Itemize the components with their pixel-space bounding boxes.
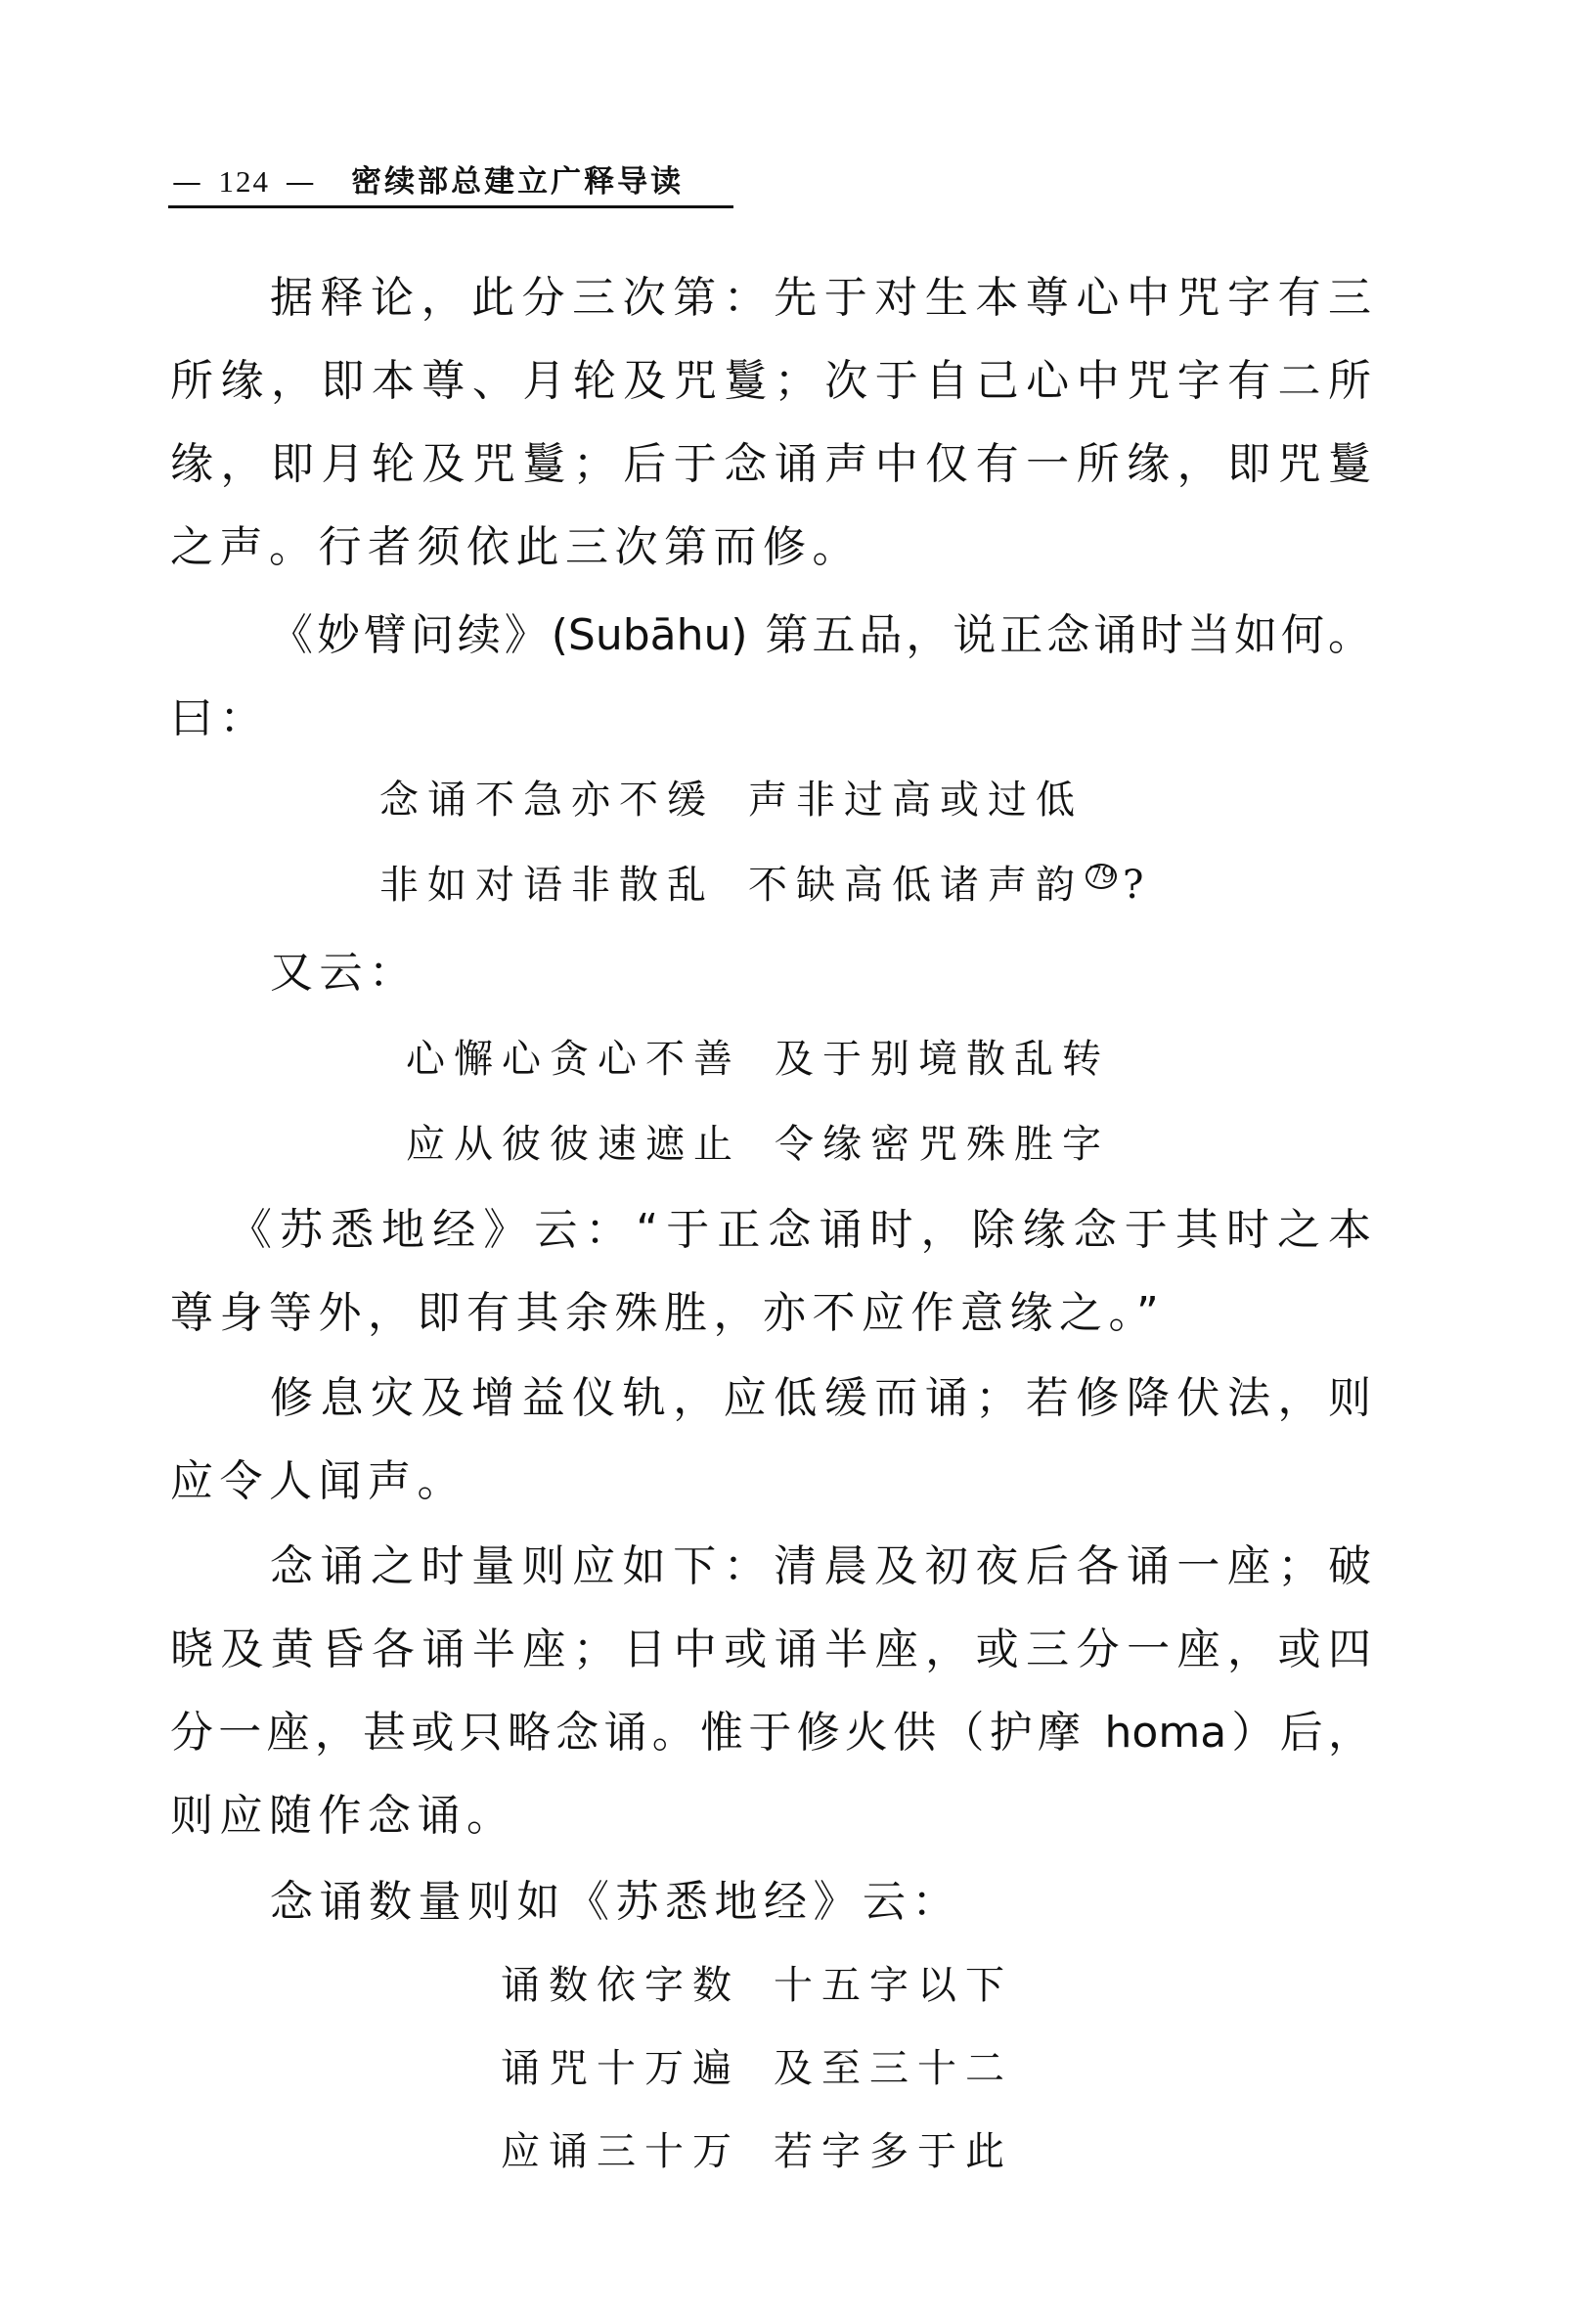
verse-hemistich: 念诵不急亦不缓: [379, 778, 715, 823]
verse-line: 应从彼彼速遮止令缘密咒殊胜字: [406, 1117, 1110, 1172]
paragraph-line: 曰：: [170, 690, 1371, 748]
paragraph-line: 念诵数量则如《苏悉地经》云：: [170, 1873, 1371, 1932]
verse-hemistich: 及于别境散乱转: [775, 1037, 1110, 1082]
verse-hemistich: 令缘密咒殊胜字: [775, 1122, 1110, 1167]
book-title: 密续部总建立广释导读: [351, 164, 684, 200]
verse-hemistich: 声非过高或过低: [748, 778, 1084, 823]
verse-hemistich: 应从彼彼速遮止: [406, 1122, 741, 1167]
paragraph-line: 据释论，此分三次第：先于对生本尊心中咒字有三: [170, 269, 1371, 328]
footnote-marker[interactable]: 79: [1086, 864, 1117, 889]
verse-line: 非如对语非散乱不缺高低诸声韵79?: [379, 858, 1152, 913]
header-dash-left: —: [168, 159, 207, 206]
verse-hemistich: 诵数依字数: [501, 1963, 740, 2008]
verse-hemistich: 不缺高低诸声韵: [748, 863, 1084, 908]
book-page: — 124 — 密续部总建立广释导读 据释论，此分三次第：先于对生本尊心中咒字有…: [0, 0, 1596, 2317]
verse-hemistich: 非如对语非散乱: [379, 863, 715, 908]
paragraph-line: 分一座，甚或只略念诵。惟于修火供（护摩 homa）后，: [170, 1704, 1371, 1762]
paragraph-line: 晓及黄昏各诵半座；日中或诵半座，或三分一座，或四: [170, 1621, 1371, 1679]
paragraph-line: 念诵之时量则应如下：清晨及初夜后各诵一座；破: [170, 1537, 1371, 1596]
running-header: — 124 — 密续部总建立广释导读: [168, 158, 735, 205]
verse-hemistich: 诵咒十万遍: [501, 2046, 740, 2091]
verse-tail: ?: [1123, 863, 1152, 908]
paragraph-line: 又云：: [170, 944, 1371, 1003]
verse-line: 应诵三十万若字多于此: [501, 2124, 1013, 2179]
verse-hemistich: 应诵三十万: [501, 2129, 740, 2174]
verse-line: 诵数依字数十五字以下: [501, 1958, 1013, 2013]
paragraph-line: 则应随作念诵。: [170, 1787, 1371, 1846]
paragraph-line: 《妙臂问续》(Subāhu) 第五品，说正念诵时当如何。: [170, 606, 1371, 665]
verse-hemistich: 十五字以下: [774, 1963, 1013, 2008]
header-dash-right: —: [282, 159, 321, 206]
paragraph-line: 修息灾及增益仪轨，应低缓而诵；若修降伏法，则: [170, 1369, 1371, 1428]
verse-line: 诵咒十万遍及至三十二: [501, 2041, 1013, 2096]
header-rule: [168, 205, 733, 208]
verse-hemistich: 及至三十二: [774, 2046, 1013, 2091]
verse-hemistich: 若字多于此: [774, 2129, 1013, 2174]
page-number: 124: [219, 164, 271, 199]
verse-line: 念诵不急亦不缓声非过高或过低: [379, 773, 1084, 827]
paragraph-line: 《苏悉地经》云：“于正念诵时，除缘念于其时之本: [170, 1201, 1371, 1260]
paragraph-line: 缘，即月轮及咒鬘；后于念诵声中仅有一所缘，即咒鬘: [170, 435, 1371, 494]
verse-line: 心懈心贪心不善及于别境散乱转: [406, 1032, 1110, 1087]
paragraph-line: 尊身等外，即有其余殊胜，亦不应作意缘之。”: [170, 1284, 1371, 1343]
paragraph-line: 之声。行者须依此三次第而修。: [170, 518, 1371, 577]
verse-hemistich: 心懈心贪心不善: [406, 1037, 741, 1082]
paragraph-line: 应令人闻声。: [170, 1452, 1371, 1511]
paragraph-line: 所缘，即本尊、月轮及咒鬘；次于自己心中咒字有二所: [170, 352, 1371, 411]
